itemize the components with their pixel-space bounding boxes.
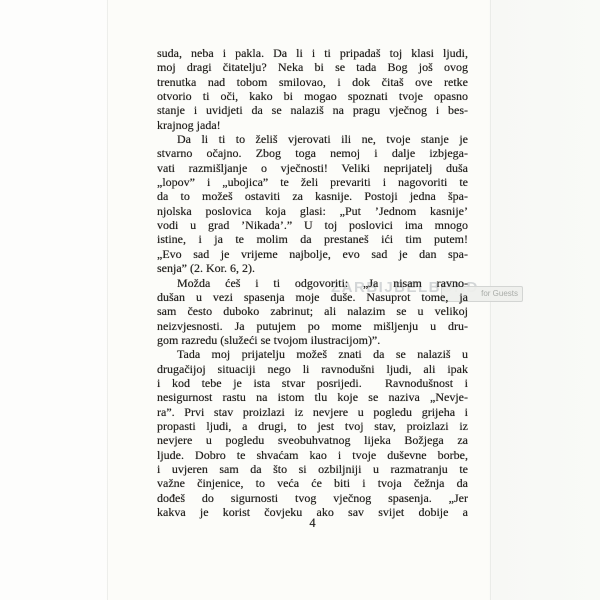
- text-line: „lopov” i „ubojica” te želi prevariti i …: [157, 175, 468, 189]
- text-line: nesigurnost rastu na istom tlu koje se n…: [157, 390, 468, 404]
- text-line: otvorio ti oči, kako bi mogao spoznati t…: [157, 89, 468, 103]
- text-line: krajnog jada!: [157, 118, 468, 132]
- text-line: i kod tebe je ista stvar posrijedi. Ravn…: [157, 376, 468, 390]
- text-line: važne činjenice, to veća će biti i tvoja…: [157, 476, 468, 490]
- text-line: neizvjesnosti. Ja putujem po mome mišlje…: [157, 319, 468, 333]
- text-line: vati razmišljanje o vječnosti! Veliki ne…: [157, 161, 468, 175]
- text-line: drugačijoj situaciji nego li ravnodušni …: [157, 362, 468, 376]
- text-line: njolska poslovica koja glasi: „Put ’Jedn…: [157, 204, 468, 218]
- text-line: stanje i uvidjeti da se nalaziš na pragu…: [157, 103, 468, 117]
- text-line: moj dragi čitatelju? Neka bi se tada Bog…: [157, 60, 468, 74]
- page-number: 4: [157, 516, 468, 531]
- text-line: nevjere u pogledu sveobuhvatnog lijeka B…: [157, 433, 468, 447]
- text-line: ra”. Prvi stav proizlazi iz nevjere u po…: [157, 405, 468, 419]
- text-line: „Evo sad je vrijeme najbolje, evo sad je…: [157, 247, 468, 261]
- text-line: sam često duboko zabrinut; ali nalazim s…: [157, 304, 468, 318]
- text-line: senja” (2. Kor. 6, 2).: [157, 261, 468, 275]
- text-line: propasti ljudi, a drugi, to jest tvoj st…: [157, 419, 468, 433]
- text-line: suda, neba i pakla. Da li i ti pripadaš …: [157, 46, 468, 60]
- text-line: da to možeš ostaviti za kasnije. Postoji…: [157, 189, 468, 203]
- text-line: Tada moj prijatelju možeš znati da se na…: [157, 347, 468, 361]
- text-line: dušan u vezi spasenja moje duše. Nasupro…: [157, 290, 468, 304]
- text-line: Da li ti to želiš vjerovati ili ne, tvoj…: [157, 132, 468, 146]
- text-line: stvarno očajno. Zbog toga nemoj i dalje …: [157, 146, 468, 160]
- book-page-scan: ZARBIJBELBOND for Guests suda, neba i pa…: [0, 0, 600, 600]
- text-line: Možda ćeš i ti odgovoriti: „Ja nisam rav…: [157, 276, 468, 290]
- text-line: dođeš do sigurnosti tvog vječnog spasenj…: [157, 491, 468, 505]
- body-text: suda, neba i pakla. Da li i ti pripadaš …: [157, 46, 468, 519]
- text-line: ljude. Dobro te shvaćam kao i tvoje duše…: [157, 448, 468, 462]
- scan-seam-left: [107, 0, 108, 600]
- text-line: vodi u grad ’Nikada’.” U toj poslovici i…: [157, 218, 468, 232]
- text-line: i uvjeren sam da što si ozbiljniji u raz…: [157, 462, 468, 476]
- text-line: trenutka nad tobom smilovao, i dok čitaš…: [157, 75, 468, 89]
- text-line: istine, i ja te molim da prestaneš ići t…: [157, 232, 468, 246]
- text-line: gom razredu (služeći se tvojom ilustraci…: [157, 333, 468, 347]
